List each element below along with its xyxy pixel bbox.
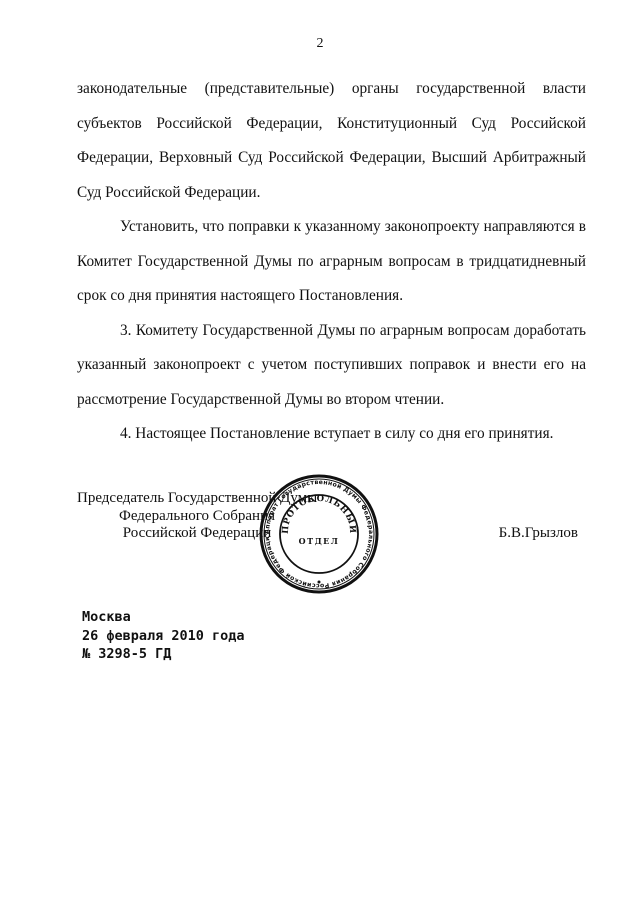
text-line: рассмотрение Государственной Думы во вто… (77, 383, 586, 418)
text-line: Суд Российской Федерации. (77, 176, 586, 211)
paragraph-3: 3. Комитету Государственной Думы по агра… (77, 314, 586, 418)
text-line: законодательные (представительные) орган… (77, 72, 586, 107)
text-line: 3. Комитету Государственной Думы по агра… (77, 314, 586, 349)
svg-text:ПРОТОКОЛЬНЫЙ: ПРОТОКОЛЬНЫЙ (281, 494, 360, 534)
text-line: 4. Настоящее Постановление вступает в си… (77, 417, 586, 452)
seal-center-arc-text: ПРОТОКОЛЬНЫЙ (281, 494, 360, 534)
text-line: Установить, что поправки к указанному за… (77, 210, 586, 245)
text-line: субъектов Российской Федерации, Конститу… (77, 107, 586, 142)
paragraph-1: законодательные (представительные) орган… (77, 72, 586, 210)
place-of-signing: Москва (82, 608, 245, 627)
text-line: Комитет Государственной Думы по аграрным… (77, 245, 586, 280)
official-seal-icon: Аппарат Государственной Думы Федеральног… (258, 474, 380, 594)
signatory-name: Б.В.Грызлов (499, 525, 578, 543)
text-line: Федерации, Верховный Суд Российской Феде… (77, 141, 586, 176)
date-of-signing: 26 февраля 2010 года (82, 627, 245, 646)
paragraph-4: 4. Настоящее Постановление вступает в си… (77, 417, 586, 452)
document-footer: Москва 26 февраля 2010 года № 3298-5 ГД (82, 608, 245, 664)
text-line: срок со дня принятия настоящего Постанов… (77, 279, 586, 314)
seal-center-text: ОТДЕЛ (299, 536, 340, 546)
document-page: 2 законодательные (представительные) орг… (0, 0, 640, 900)
text-line: указанный законопроект с учетом поступив… (77, 348, 586, 383)
document-body: законодательные (представительные) орган… (77, 72, 586, 452)
paragraph-2: Установить, что поправки к указанному за… (77, 210, 586, 314)
page-number: 2 (0, 36, 640, 52)
document-number: № 3298-5 ГД (82, 645, 245, 664)
